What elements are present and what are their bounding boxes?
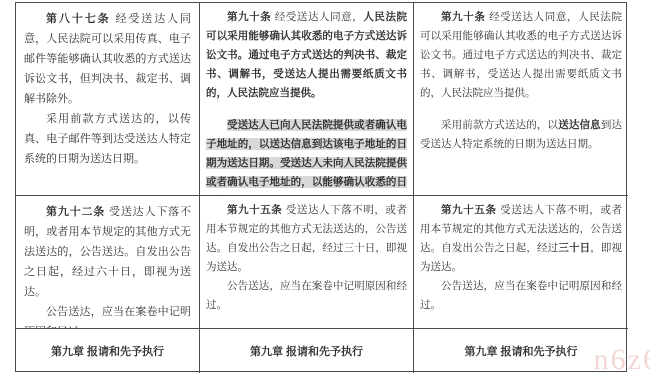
article-paragraph: 受送达人已向人民法院提供或者确认电子地址的，以送达信息到达该电子地址的日期为送达… bbox=[206, 116, 407, 196]
article-number: 第九十条 bbox=[227, 11, 271, 23]
chapter-heading: 第九章 报请和先予执行 bbox=[250, 343, 363, 359]
article-number: 第九十五条 bbox=[227, 204, 282, 216]
article-paragraph: 第九十条 经受送达人同意，人民法院可以采用能够确认其收悉的电子方式送达诉讼文书。… bbox=[206, 8, 407, 103]
article-text-bold: 人民法院可以采用能够确认其收悉的电子方式送达诉讼文书。通过电子方式送达的判决书、… bbox=[206, 11, 407, 99]
article-cell-95: 第九十五条 受送达人下落不明，或者用本节规定的其他方式无法送达的，公告送达。自发… bbox=[414, 196, 628, 329]
chapter-heading: 第九章 报请和先予执行 bbox=[51, 343, 164, 359]
article-paragraph: 第八十七条 经受送达人同意，人民法院可以采用传真、电子邮件等能够确认其收悉的方式… bbox=[24, 9, 191, 109]
article-paragraph: 第九十条 经受送达人同意，人民法院可以采用能够确认其收悉的电子方式送达诉讼文书。… bbox=[420, 8, 622, 103]
article-paragraph: 公告送达，应当在案卷中记明原因和经过。 bbox=[206, 277, 407, 315]
article-text-bold: 送达信息 bbox=[558, 119, 601, 131]
article-paragraph: 公告送达，应当在案卷中记明原因和经过。 bbox=[24, 302, 191, 329]
article-cell-92: 第九十二条 受送达人下落不明，或者用本节规定的其他方式无法送达的，公告送达。自发… bbox=[16, 196, 200, 329]
article-paragraph: 采用前款方式送达的，以传真、电子邮件等到达受送达人特定系统的日期为送达日期。 bbox=[24, 109, 191, 169]
chapter-heading-cell: 第九章 报请和先予执行 bbox=[200, 329, 414, 373]
article-paragraph: 第九十五条 受送达人下落不明，或者用本节规定的其他方式无法送达的，公告送达。自发… bbox=[420, 201, 622, 277]
article-paragraph: 第九十五条 受送达人下落不明，或者用本节规定的其他方式无法送达的，公告送达。自发… bbox=[206, 201, 407, 277]
article-text: 采用前款方式送达的，以传真、电子邮件等到达受送达人特定系统的日期为送达日期。 bbox=[24, 113, 191, 165]
article-text: 公告送达，应当在案卷中记明原因和经过。 bbox=[24, 306, 191, 329]
article-text: 经受送达人同意， bbox=[271, 11, 363, 23]
article-number: 第九十条 bbox=[441, 11, 486, 23]
chapter-heading: 第九章 报请和先予执行 bbox=[464, 343, 577, 359]
article-cell-90-amended: 第九十条 经受送达人同意，人民法院可以采用能够确认其收悉的电子方式送达诉讼文书。… bbox=[200, 3, 414, 196]
article-text: 经受送达人同意，人民法院可以采用能够确认其收悉的电子方式送达诉讼文书。通过电子方… bbox=[420, 11, 622, 99]
law-comparison-table: 第八十七条 经受送达人同意，人民法院可以采用传真、电子邮件等能够确认其收悉的方式… bbox=[15, 2, 627, 372]
article-text-highlighted: 受送达人已向人民法院提供或者确认电子地址的，以送达信息到达该电子地址的日期为送达… bbox=[206, 119, 407, 196]
article-text: 经受送达人同意，人民法院可以采用传真、电子邮件等能够确认其收悉的方式送达诉讼文书… bbox=[24, 13, 191, 105]
document-page: 第八十七条 经受送达人同意，人民法院可以采用传真、电子邮件等能够确认其收悉的方式… bbox=[0, 0, 650, 377]
article-text: 公告送达，应当在案卷中记明原因和经过。 bbox=[206, 280, 407, 311]
article-paragraph: 公告送达，应当在案卷中记明原因和经过。 bbox=[420, 277, 622, 315]
article-text: 公告送达，应当在案卷中记明原因和经过。 bbox=[420, 280, 622, 311]
article-text-bold: 三十日 bbox=[558, 242, 590, 254]
chapter-heading-cell: 第九章 报请和先予执行 bbox=[414, 329, 628, 373]
article-text: 采用前款方式送达的，以 bbox=[441, 119, 558, 131]
article-number: 第九十二条 bbox=[46, 206, 105, 218]
article-cell-95-center: 第九十五条 受送达人下落不明，或者用本节规定的其他方式无法送达的，公告送达。自发… bbox=[200, 196, 414, 329]
article-text: 受送达人下落不明，或者用本节规定的其他方式无法送达的，公告送达。自发出公告之日起… bbox=[24, 206, 191, 298]
article-number: 第八十七条 bbox=[46, 13, 111, 25]
chapter-heading-cell: 第九章 报请和先予执行 bbox=[16, 329, 200, 373]
article-paragraph: 采用前款方式送达的，以送达信息到达受送达人特定系统的日期为送达日期。 bbox=[420, 116, 622, 154]
article-cell-90: 第九十条 经受送达人同意，人民法院可以采用能够确认其收悉的电子方式送达诉讼文书。… bbox=[414, 3, 628, 196]
article-paragraph: 第九十二条 受送达人下落不明，或者用本节规定的其他方式无法送达的，公告送达。自发… bbox=[24, 202, 191, 302]
article-number: 第九十五条 bbox=[441, 204, 497, 216]
article-cell-87: 第八十七条 经受送达人同意，人民法院可以采用传真、电子邮件等能够确认其收悉的方式… bbox=[16, 3, 200, 196]
